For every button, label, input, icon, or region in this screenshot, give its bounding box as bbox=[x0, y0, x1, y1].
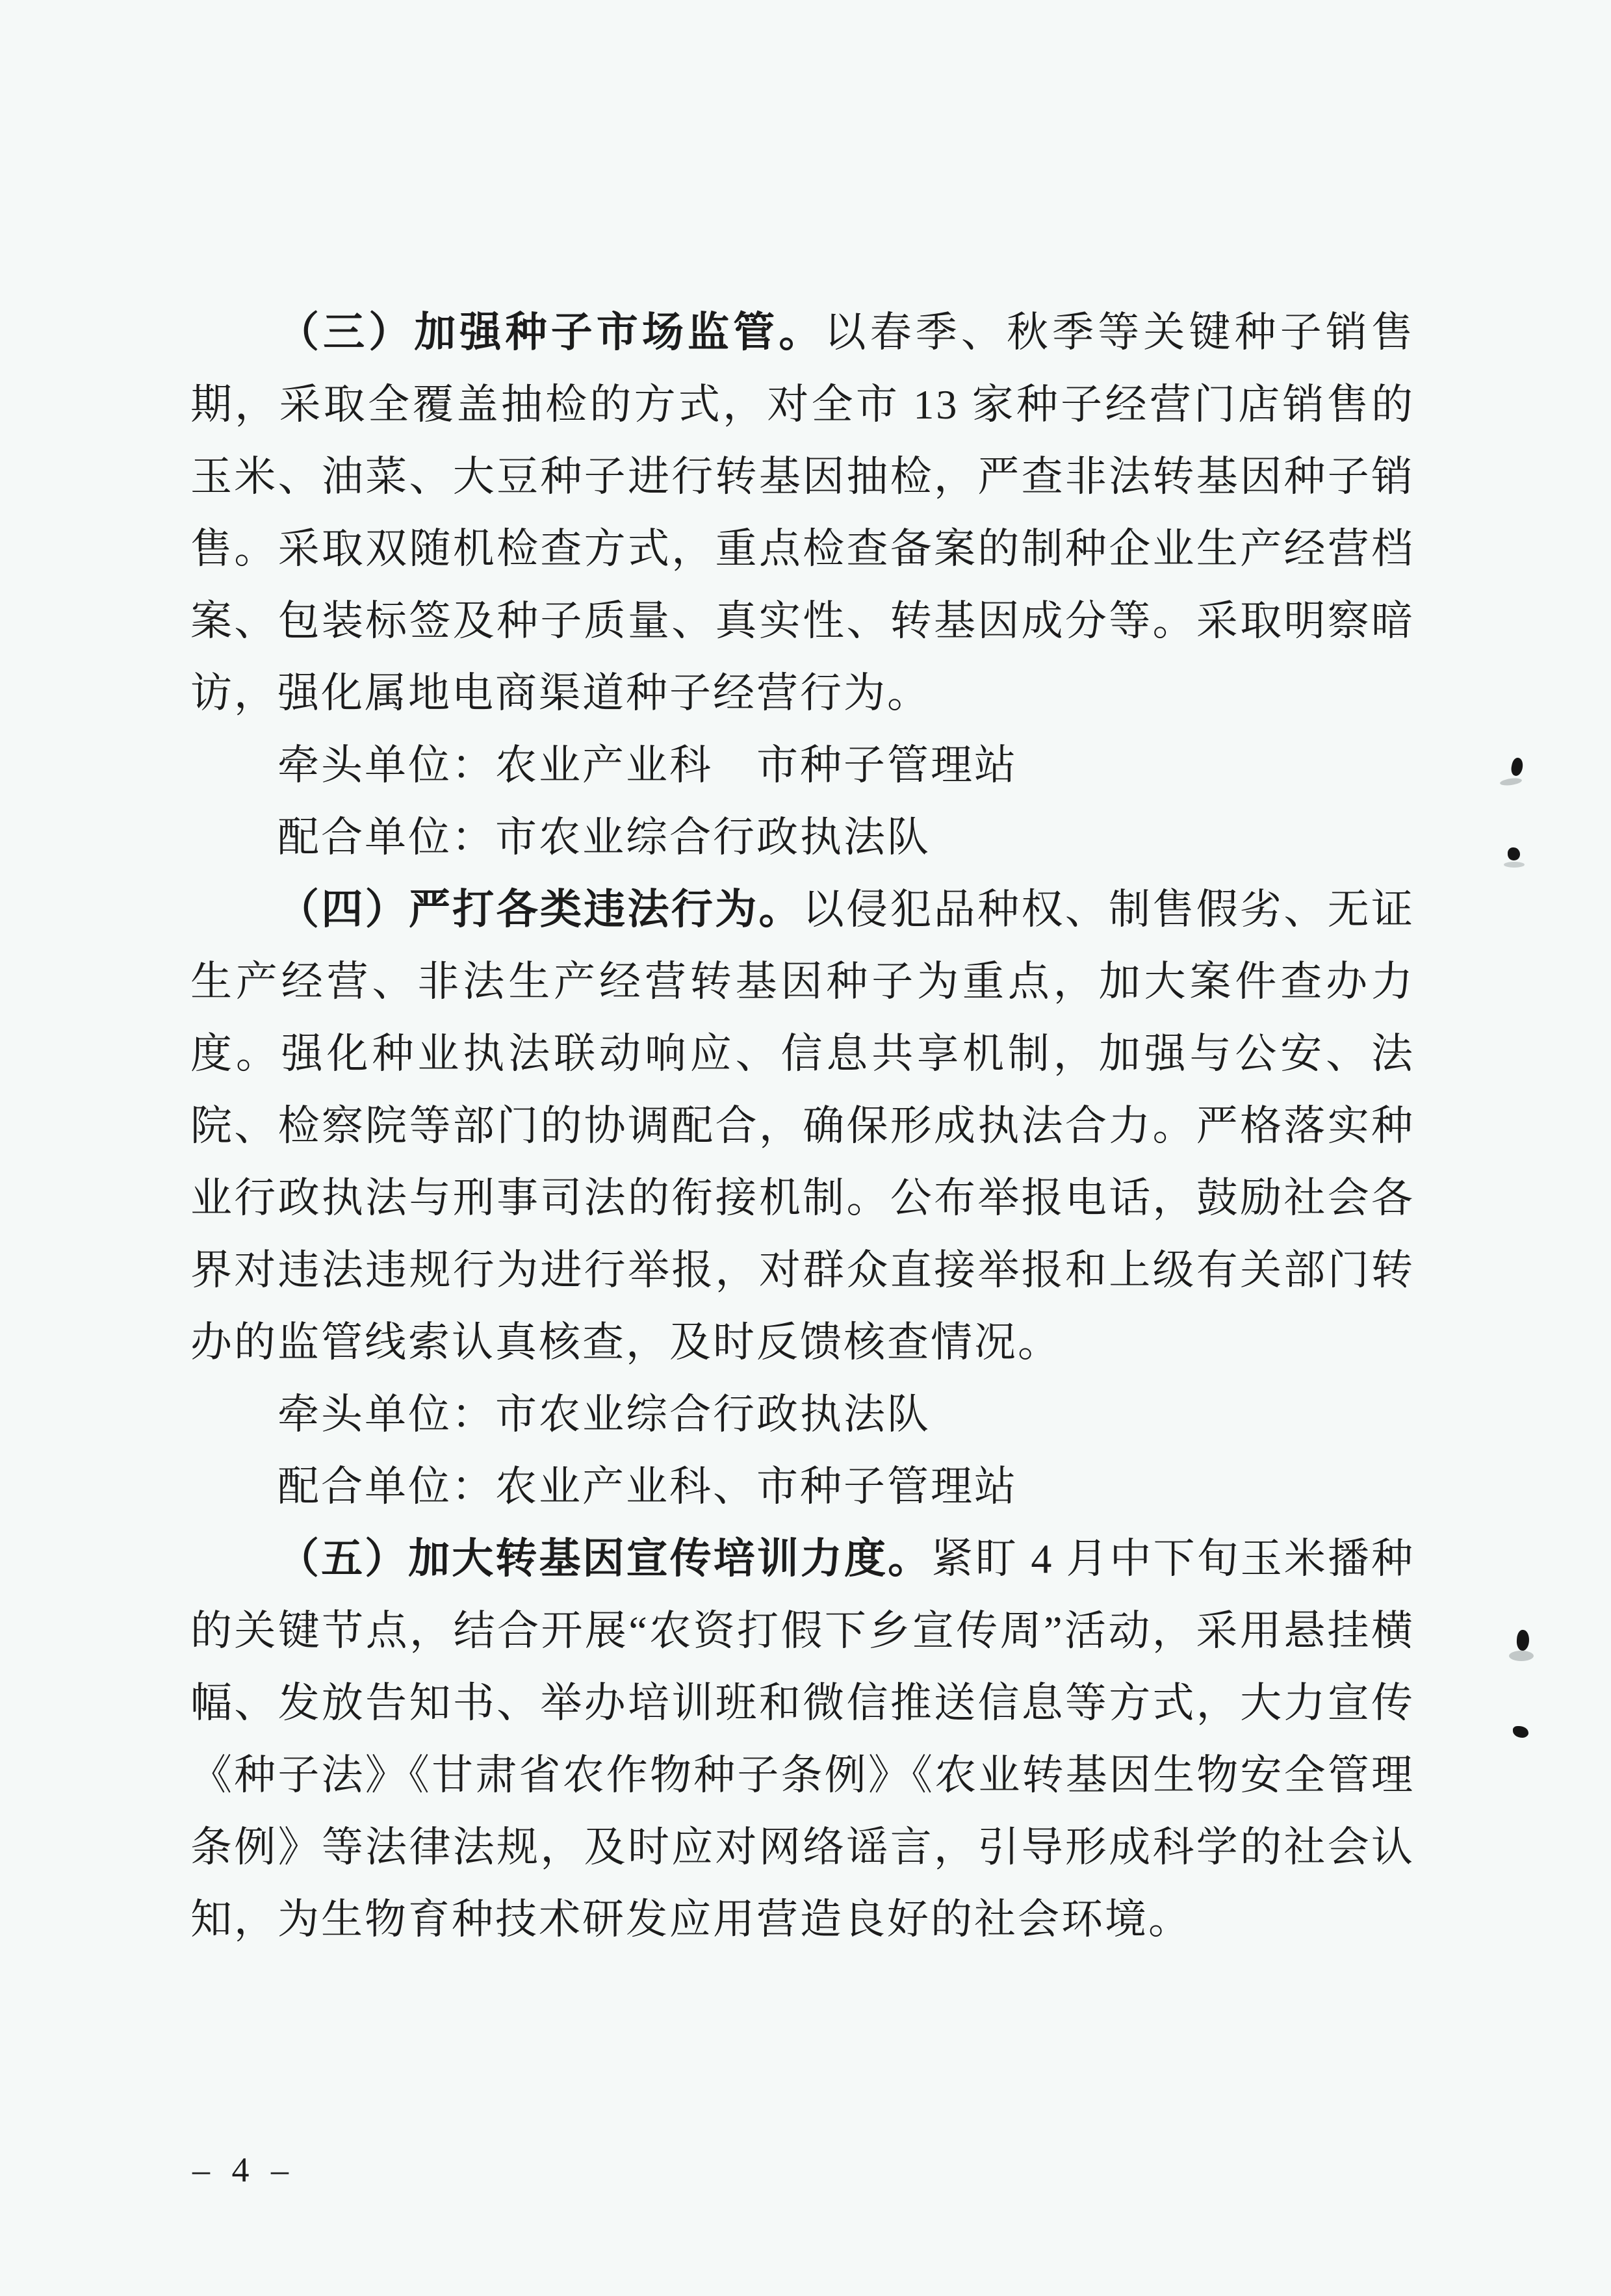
ink-speck bbox=[1513, 1726, 1528, 1738]
paragraph-4-body: 以侵犯品种权、制售假劣、无证生产经营、非法生产经营转基因种子为重点，加大案件查办… bbox=[190, 886, 1415, 1365]
document-body: （三）加强种子市场监管。以春季、秋季等关键种子销售期，采取全覆盖抽检的方式，对全… bbox=[190, 296, 1415, 1955]
paragraph-4: （四）严打各类违法行为。以侵犯品种权、制售假劣、无证生产经营、非法生产经营转基因… bbox=[190, 873, 1415, 1378]
paragraph-3-body: 以春季、秋季等关键种子销售期，采取全覆盖抽检的方式，对全市 13 家种子经营门店… bbox=[190, 309, 1415, 716]
paragraph-3-lead: （三）加强种子市场监管。 bbox=[277, 309, 825, 355]
ink-speck bbox=[1516, 1629, 1530, 1651]
ink-smudge bbox=[1499, 777, 1522, 787]
lead-unit-line-2: 牵头单位：市农业综合行政执法队 bbox=[190, 1378, 1415, 1451]
ink-smudge bbox=[1504, 862, 1525, 868]
paragraph-5: （五）加大转基因宣传培训力度。紧盯 4 月中下旬玉米播种的关键节点，结合开展“农… bbox=[190, 1523, 1415, 1955]
ink-speck bbox=[1508, 847, 1520, 860]
paragraph-5-lead: （五）加大转基因宣传培训力度。 bbox=[277, 1536, 931, 1582]
support-unit-line-1: 配合单位：市农业综合行政执法队 bbox=[190, 801, 1415, 873]
support-unit-line-2: 配合单位：农业产业科、市种子管理站 bbox=[190, 1451, 1415, 1523]
ink-speck bbox=[1510, 757, 1524, 777]
document-page: （三）加强种子市场监管。以春季、秋季等关键种子销售期，采取全覆盖抽检的方式，对全… bbox=[0, 0, 1611, 2296]
paragraph-5-body: 紧盯 4 月中下旬玉米播种的关键节点，结合开展“农资打假下乡宣传周”活动，采用悬… bbox=[190, 1536, 1415, 1942]
page-number: – 4 – bbox=[192, 2150, 295, 2190]
ink-smudge bbox=[1509, 1651, 1534, 1661]
lead-unit-line-1: 牵头单位：农业产业科 市种子管理站 bbox=[190, 729, 1415, 801]
paragraph-4-lead: （四）严打各类违法行为。 bbox=[277, 886, 803, 933]
paragraph-3: （三）加强种子市场监管。以春季、秋季等关键种子销售期，采取全覆盖抽检的方式，对全… bbox=[190, 296, 1415, 729]
